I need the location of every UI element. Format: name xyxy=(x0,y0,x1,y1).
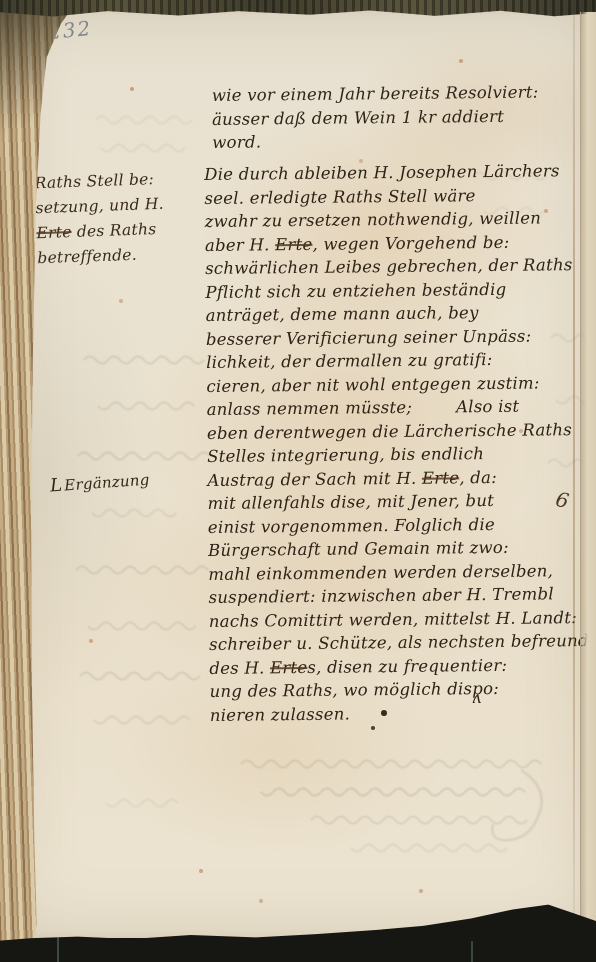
margin-note-text: des Raths xyxy=(71,220,156,241)
intro-paragraph: wie vor einem Jahr bereits Resolviert: ä… xyxy=(212,80,585,154)
handwritten-line: schreiber u. Schütze, als nechsten befre… xyxy=(209,629,587,656)
struck-word: Erte xyxy=(36,223,72,242)
main-entry-text: Die durch ableiben H. Josephen Lärchers … xyxy=(204,159,588,727)
handwritten-line: suspendiert: inzwischen aber H. Trembl xyxy=(208,582,586,609)
handwritten-line: Die durch ableiben H. Josephen Lärchers xyxy=(204,159,582,186)
insertion-caret-mark: ʌ xyxy=(472,688,481,707)
margin-note-heading: Raths Stell be: setzung, und H. Erte des… xyxy=(34,165,222,271)
handwritten-line: besserer Verificierung seiner Unpäss: xyxy=(206,324,584,351)
page-fold-line xyxy=(573,14,575,917)
reference-mark: L xyxy=(49,475,63,497)
handwritten-line: schwärlichen Leibes gebrechen, der Raths xyxy=(205,253,583,280)
handwritten-line: nieren zulassen. xyxy=(210,700,588,727)
handwritten-line: wie vor einem Jahr bereits Resolviert: xyxy=(212,80,584,107)
handwritten-line: zwahr zu ersetzen nothwendig, weillen xyxy=(205,206,583,233)
scanner-line xyxy=(471,941,473,962)
next-page-edge xyxy=(580,12,596,927)
handwritten-line: eben derentwegen die Lärcherische Raths xyxy=(207,418,585,445)
handwritten-line: cieren, aber nit wohl entgegen zustim: xyxy=(206,371,584,398)
scanner-line xyxy=(57,936,59,962)
manuscript-scan: 232 wie vor einem Jahr bereits Resolvier… xyxy=(0,0,596,962)
handwritten-line: word. xyxy=(212,127,584,154)
